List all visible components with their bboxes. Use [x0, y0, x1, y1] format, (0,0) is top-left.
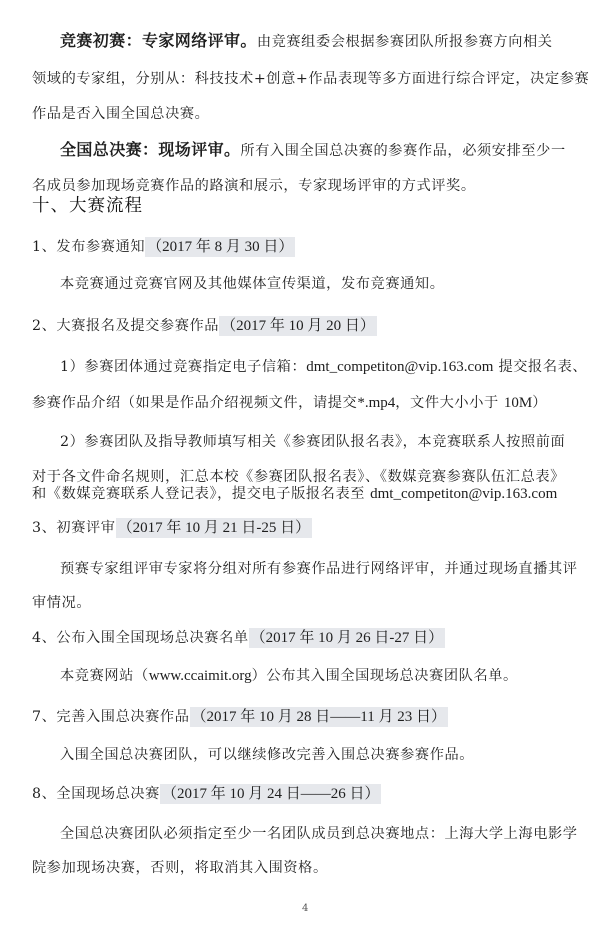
- step-4-date: （2017 年 10 月 26 日-27 日）: [249, 628, 446, 648]
- website-text: www.ccaimit.org: [149, 668, 252, 684]
- prelim-line-3: 作品是否入围全国总决赛。: [32, 104, 209, 124]
- step-8-body-line-1: 全国总决赛团队必须指定至少一名团队成员到总决赛地点：上海大学上海电影学: [60, 824, 578, 844]
- email-text: dmt_competiton@vip.163.com: [370, 486, 557, 502]
- step-2-item-1-line-1: 1）参赛团体通过竞赛指定电子信箱：dmt_competiton@vip.163.…: [60, 357, 587, 377]
- email-text: dmt_competiton@vip.163.com: [306, 359, 493, 375]
- step-2-header: 2、大赛报名及提交参赛作品（2017 年 10 月 20 日）: [32, 316, 377, 336]
- step-7-date: （2017 年 10 月 28 日——11 月 23 日）: [190, 707, 448, 727]
- step-8-body-line-2: 院参加现场决赛，否则，将取消其入围资格。: [32, 858, 328, 878]
- step-2-item-2-line-1: 2）参赛团队及指导教师填写相关《参赛团队报名表》，本竞赛联系人按照前面: [60, 432, 565, 452]
- step-1-body: 本竞赛通过竞赛官网及其他媒体宣传渠道，发布竞赛通知。: [60, 274, 444, 294]
- prelim-line-1: 竞赛初赛：专家网络评审。由竞赛组委会根据参赛团队所报参赛方向相关: [60, 31, 553, 52]
- step-4-header: 4、公布入围全国现场总决赛名单（2017 年 10 月 26 日-27 日）: [32, 628, 445, 648]
- step-2-item-2-line-3: 和《数媒竞赛联系人登记表》，提交电子版报名表至 dmt_competiton@v…: [32, 484, 557, 504]
- step-3-header: 3、初赛评审（2017 年 10 月 21 日-25 日）: [32, 518, 312, 538]
- step-7-header: 7、完善入围总决赛作品（2017 年 10 月 28 日——11 月 23 日）: [32, 707, 448, 727]
- step-4-body: 本竞赛网站（www.ccaimit.org）公布其入围全国现场总决赛团队名单。: [60, 666, 518, 686]
- step-1-header: 1、发布参赛通知（2017 年 8 月 30 日）: [32, 237, 295, 257]
- section-heading: 十、大赛流程: [32, 196, 143, 216]
- final-title: 全国总决赛：现场评审。: [60, 140, 240, 159]
- step-2-item-1-line-2: 参赛作品介绍（如果是作品介绍视频文件，请提交*.mp4，文件大小小于 10M）: [32, 393, 547, 413]
- final-line-2: 名成员参加现场竞赛作品的路演和展示，专家现场评审的方式评奖。: [32, 176, 476, 196]
- prelim-title: 竞赛初赛：专家网络评审。: [60, 31, 257, 50]
- step-8-header: 8、全国现场总决赛（2017 年 10 月 24 日——26 日）: [32, 784, 381, 804]
- step-3-date: （2017 年 10 月 21 日-25 日）: [116, 518, 313, 538]
- step-3-body-line-1: 预赛专家组评审专家将分组对所有参赛作品进行网络评审，并通过现场直播其评: [60, 559, 578, 579]
- step-3-body-line-2: 审情况。: [32, 593, 91, 613]
- step-8-date: （2017 年 10 月 24 日——26 日）: [160, 784, 382, 804]
- step-1-date: （2017 年 8 月 30 日）: [145, 237, 295, 257]
- step-2-date: （2017 年 10 月 20 日）: [219, 316, 377, 336]
- final-line-1: 全国总决赛：现场评审。所有入围全国总决赛的参赛作品，必须安排至少一: [60, 140, 566, 161]
- step-7-body: 入围全国总决赛团队，可以继续修改完善入围总决赛参赛作品。: [60, 745, 474, 765]
- prelim-line-2: 领域的专家组，分别从：科技技术+创意+作品表现等多方面进行综合评定，决定参赛: [32, 69, 589, 89]
- page-number: 4: [302, 903, 308, 914]
- document-page: 竞赛初赛：专家网络评审。由竞赛组委会根据参赛团队所报参赛方向相关 领域的专家组，…: [0, 0, 612, 936]
